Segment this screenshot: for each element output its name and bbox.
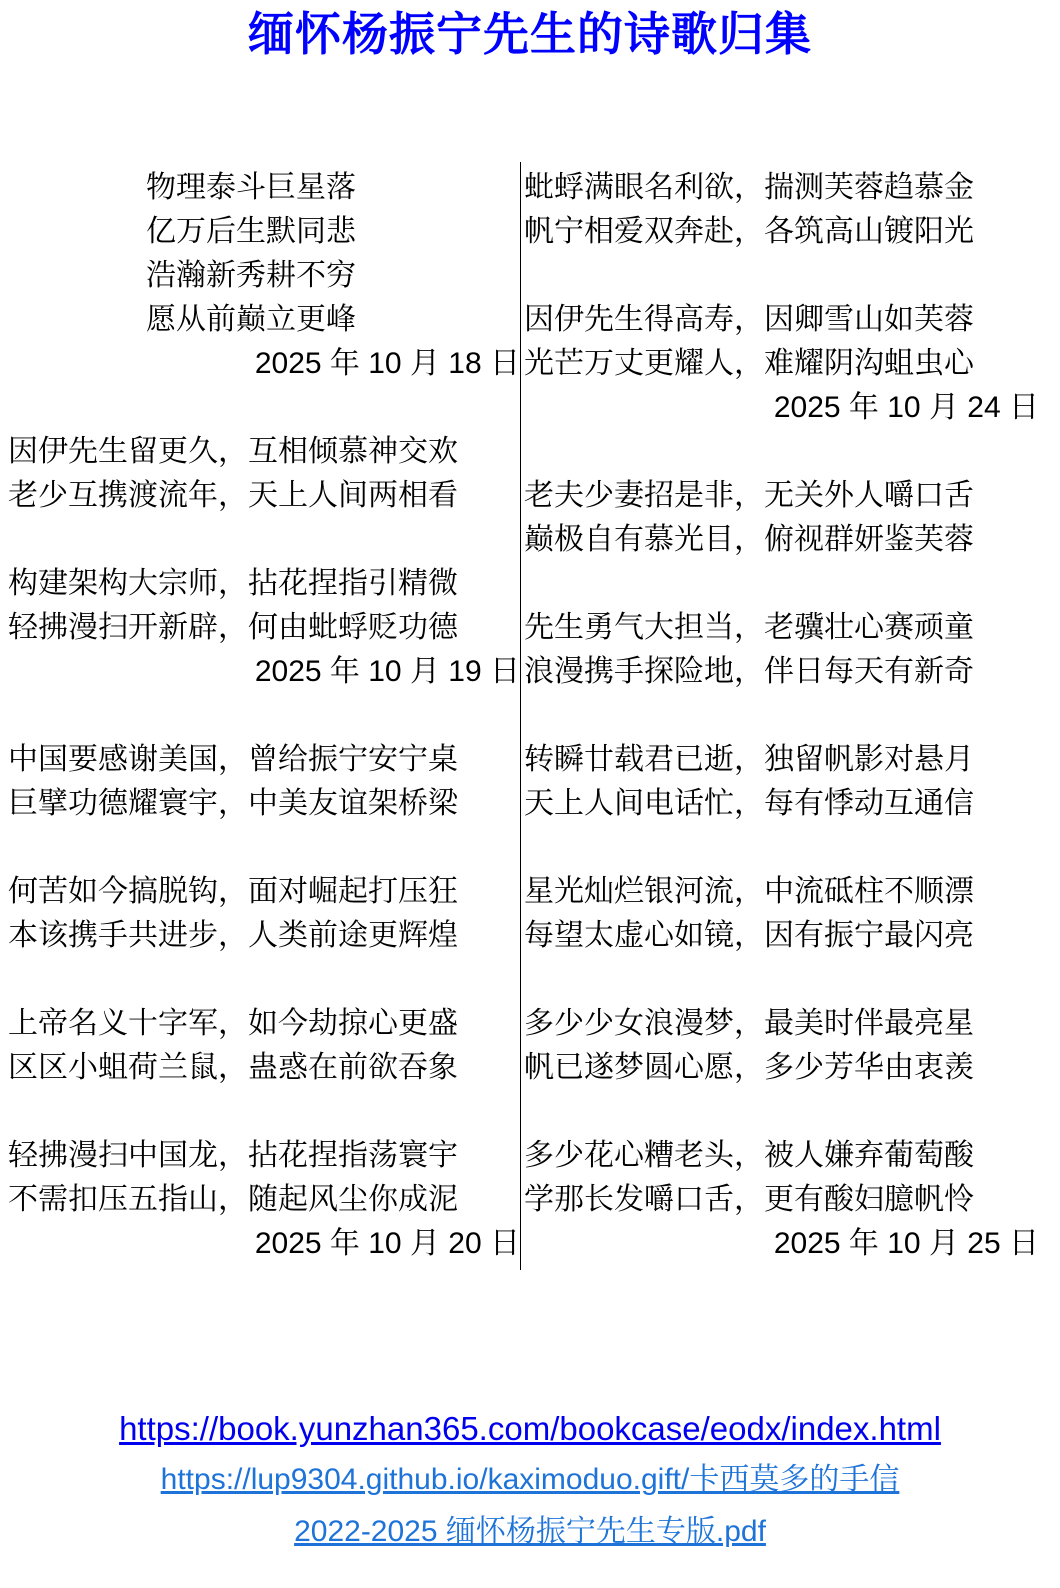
spacer: [524, 254, 1039, 298]
poem-line: 转瞬廿载君已逝，独留帆影对悬月: [524, 738, 1039, 782]
poem-line: 亿万后生默同悲: [8, 210, 520, 254]
poem-line: 轻拂漫扫开新辟，何由蚍蜉贬功德: [8, 606, 520, 650]
column-divider: [520, 162, 521, 1270]
spacer: [8, 958, 520, 1002]
poem-line: 本该携手共进步，人类前途更辉煌: [8, 914, 520, 958]
poem-block: 因伊先生留更久，互相倾慕神交欢 老少互携渡流年，天上人间两相看 构建架构大宗师，…: [8, 430, 520, 694]
poem-line: 多少花心糟老头，被人嫌弃葡萄酸: [524, 1134, 1039, 1178]
poem-line: 物理泰斗巨星落: [8, 166, 520, 210]
github-gift-link[interactable]: https://lup9304.github.io/kaximoduo.gift…: [0, 1454, 1060, 1506]
spacer: [524, 958, 1039, 1002]
poem-block: 蚍蜉满眼名利欲，揣测芙蓉趋慕金 帆宁相爱双奔赴，各筑高山镀阳光 因伊先生得高寿，…: [524, 166, 1039, 430]
poem-line: 因伊先生留更久，互相倾慕神交欢: [8, 430, 520, 474]
spacer: [524, 826, 1039, 870]
poem-line: 浩瀚新秀耕不穷: [8, 254, 520, 298]
poem-block: 老夫少妻招是非，无关外人嚼口舌 巅极自有慕光目，俯视群妍鉴芙蓉 先生勇气大担当，…: [524, 474, 1039, 1266]
poem-date: 2025 年 10 月 24 日: [524, 386, 1039, 430]
poem-date: 2025 年 10 月 19 日: [8, 650, 520, 694]
spacer: [8, 826, 520, 870]
poem-date: 2025 年 10 月 18 日: [8, 342, 520, 386]
poem-line: 光芒万丈更耀人，难耀阴沟蛆虫心: [524, 342, 1039, 386]
poem-line: 区区小蛆荷兰鼠，蛊惑在前欲吞象: [8, 1046, 520, 1090]
poem-line: 巅极自有慕光目，俯视群妍鉴芙蓉: [524, 518, 1039, 562]
poem-line: 学那长发嚼口舌，更有酸妇臆帆怜: [524, 1178, 1039, 1222]
poem-block: 中国要感谢美国，曾给振宁安宁桌 巨擘功德耀寰宇，中美友谊架桥梁 何苦如今搞脱钩，…: [8, 738, 520, 1266]
poem-line: 构建架构大宗师，拈花捏指引精微: [8, 562, 520, 606]
poem-line: 上帝名义十字军，如今劫掠心更盛: [8, 1002, 520, 1046]
poem-line: 多少少女浪漫梦，最美时伴最亮星: [524, 1002, 1039, 1046]
yunzhan-book-link[interactable]: https://book.yunzhan365.com/bookcase/eod…: [0, 1404, 1060, 1454]
poem-date: 2025 年 10 月 25 日: [524, 1222, 1039, 1266]
poem-line: 轻拂漫扫中国龙，拈花捏指荡寰宇: [8, 1134, 520, 1178]
poem-line: 天上人间电话忙，每有悸动互通信: [524, 782, 1039, 826]
poem-line: 不需扣压五指山，随起风尘你成泥: [8, 1178, 520, 1222]
poem-block: 物理泰斗巨星落 亿万后生默同悲 浩瀚新秀耕不穷 愿从前巅立更峰 2025 年 1…: [8, 166, 520, 386]
spacer: [8, 518, 520, 562]
spacer: [8, 386, 520, 430]
poem-line: 愿从前巅立更峰: [8, 298, 520, 342]
spacer: [8, 1090, 520, 1134]
poem-line: 老少互携渡流年，天上人间两相看: [8, 474, 520, 518]
poem-line: 帆已遂梦圆心愿，多少芳华由衷羡: [524, 1046, 1039, 1090]
spacer: [524, 562, 1039, 606]
poem-line: 星光灿烂银河流，中流砥柱不顺漂: [524, 870, 1039, 914]
spacer: [524, 694, 1039, 738]
links-section: https://book.yunzhan365.com/bookcase/eod…: [0, 1404, 1060, 1558]
poem-line: 巨擘功德耀寰宇，中美友谊架桥梁: [8, 782, 520, 826]
poem-line: 浪漫携手探险地，伴日每天有新奇: [524, 650, 1039, 694]
poem-date: 2025 年 10 月 20 日: [8, 1222, 520, 1266]
right-column: 蚍蜉满眼名利欲，揣测芙蓉趋慕金 帆宁相爱双奔赴，各筑高山镀阳光 因伊先生得高寿，…: [524, 166, 1039, 1266]
spacer: [8, 694, 520, 738]
page-title: 缅怀杨振宁先生的诗歌归集: [0, 4, 1060, 64]
poem-line: 因伊先生得高寿，因卿雪山如芙蓉: [524, 298, 1039, 342]
poem-line: 蚍蜉满眼名利欲，揣测芙蓉趋慕金: [524, 166, 1039, 210]
poem-line: 每望太虚心如镜，因有振宁最闪亮: [524, 914, 1039, 958]
poem-line: 中国要感谢美国，曾给振宁安宁桌: [8, 738, 520, 782]
poem-line: 老夫少妻招是非，无关外人嚼口舌: [524, 474, 1039, 518]
poem-line: 何苦如今搞脱钩，面对崛起打压狂: [8, 870, 520, 914]
left-column: 物理泰斗巨星落 亿万后生默同悲 浩瀚新秀耕不穷 愿从前巅立更峰 2025 年 1…: [8, 166, 520, 1266]
poem-line: 先生勇气大担当，老骥壮心赛顽童: [524, 606, 1039, 650]
spacer: [524, 430, 1039, 474]
spacer: [524, 1090, 1039, 1134]
github-gift-link-continued[interactable]: 2022-2025 缅怀杨振宁先生专版.pdf: [0, 1506, 1060, 1558]
poem-line: 帆宁相爱双奔赴，各筑高山镀阳光: [524, 210, 1039, 254]
